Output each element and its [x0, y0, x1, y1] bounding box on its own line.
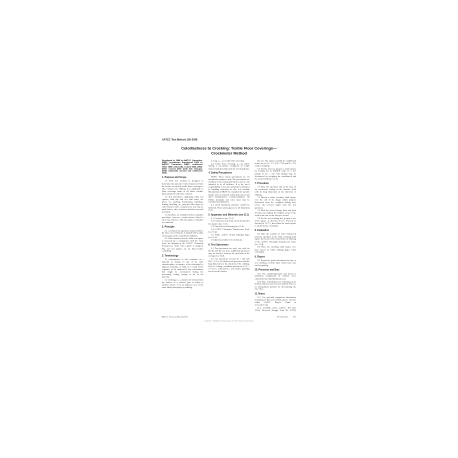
body-paragraph: 1.1 This test method is designed to dete… — [162, 180, 203, 195]
document-header-method-number: AATCC Test Method 165-2008 — [162, 138, 296, 141]
text-column-3: the test. The squares should be conditio… — [255, 160, 296, 312]
body-paragraph: 7.1 Place the specimen flat on the base … — [255, 186, 296, 196]
body-paragraph: 2.1 A colored test specimen fastened fla… — [162, 230, 203, 238]
section-heading: 6. Test Specimens — [208, 244, 249, 247]
document-title-line2: Crockmeter Method — [162, 151, 296, 156]
section-heading: 8. Evaluation — [255, 229, 296, 232]
body-paragraph: NOTE: These safety precautions are for i… — [208, 176, 249, 204]
three-column-body: Developed in 1988 by AATCC Committee RA5… — [162, 160, 296, 312]
page-footer: AATCC Technical Manual/2010 TM 165-2008 … — [162, 316, 296, 318]
body-paragraph: 3.4 textile floor covering, n.—an articl… — [208, 163, 249, 171]
section-heading: 7. Procedure — [255, 182, 296, 185]
body-paragraph: 3.2 crocking, n.—a transfer of colorant … — [162, 279, 203, 289]
body-paragraph: 11.2 Available from AATCC, PO Box 12215,… — [255, 307, 296, 312]
footer-page-number: 287 — [293, 316, 296, 318]
body-paragraph: 6.3 For the wet test, prepare a crock sq… — [255, 168, 296, 181]
body-paragraph: 11.1 For potential equipment information… — [255, 296, 296, 306]
footer-right-group: TM 165-2008 287 — [272, 316, 296, 318]
body-paragraph: 3.1 colorfastness, n.—the resistance of … — [162, 258, 203, 278]
text-column-1: Developed in 1988 by AATCC Committee RA5… — [162, 160, 203, 312]
section-heading: 5. Apparatus and Materials (see 11.1) — [208, 214, 249, 217]
body-paragraph: 1.3 All fibers are included in this eval… — [162, 214, 203, 224]
section-heading: 9. Report — [255, 256, 296, 259]
body-paragraph: 5.5 White AATCC Textile Blotting Paper (… — [208, 234, 249, 239]
section-heading: 1. Purpose and Scope — [162, 176, 203, 179]
body-paragraph: 6.2 Cut specimens at least 50 × 140 mm (… — [208, 258, 249, 273]
footer-tm-number: TM 165-2008 — [277, 316, 288, 318]
section-heading: 11. Notes — [255, 293, 296, 296]
body-paragraph: 5.6 Specimen holder for crockmeter. — [208, 239, 249, 242]
body-paragraph: 8.1 Rate the amount of color transferred… — [255, 233, 296, 246]
body-paragraph: 7.2 Mount a white crocking cloth square … — [255, 196, 296, 209]
body-paragraph: 8.2 Place the crocking cloth square over… — [255, 246, 296, 254]
page-background: AATCC Test Method 165-2008 Colorfastness… — [0, 0, 458, 458]
section-heading: 10. Precision and Bias — [255, 269, 296, 272]
body-paragraph: 5.4 AATCC Chromatic Transference Scale (… — [208, 228, 249, 233]
foreword-history-block: Developed in 1988 by AATCC Committee RA5… — [162, 160, 202, 174]
section-heading: 3. Terminology — [162, 255, 203, 258]
section-heading: 4. Safety Precautions — [208, 172, 249, 175]
body-paragraph: 5.2 Crockmeter test cloth, cut in 50 mm … — [208, 220, 249, 225]
body-paragraph: 7.4 For the wet crocking test, prepare a… — [255, 217, 296, 227]
document-title: Colorfastness to Crocking: Textile Floor… — [162, 146, 296, 156]
copyright-line: Copyright © 2009 American Association of… — [162, 320, 296, 322]
body-paragraph: 4.1 Good laboratory practices should be … — [208, 204, 249, 212]
body-paragraph: 10.1 The within-laboratory and between-l… — [255, 273, 296, 281]
text-column-2: 3.3 rug, n.—see textile floor covering.3… — [208, 160, 249, 312]
document-page-content: AATCC Test Method 165-2008 Colorfastness… — [162, 138, 296, 326]
body-paragraph: 7.3 Slide the covered finger back and fo… — [255, 209, 296, 217]
body-paragraph: 2.2 Color transferred to the white test … — [162, 237, 203, 252]
body-paragraph: 6.1 Two specimens are used, one each for… — [208, 247, 249, 257]
body-paragraph: 9.1 Report the grade determined for dry … — [255, 259, 296, 267]
document-page: AATCC Test Method 165-2008 Colorfastness… — [162, 138, 296, 326]
body-paragraph: 10.2 Bias. Colorfastness to crocking can… — [255, 281, 296, 291]
footer-manual-label: AATCC Technical Manual/2010 — [162, 316, 188, 318]
body-paragraph: 1.2 Test procedures employing white test… — [162, 196, 203, 214]
body-paragraph: the test. The squares should be conditio… — [255, 160, 296, 168]
section-heading: 2. Principle — [162, 226, 203, 229]
